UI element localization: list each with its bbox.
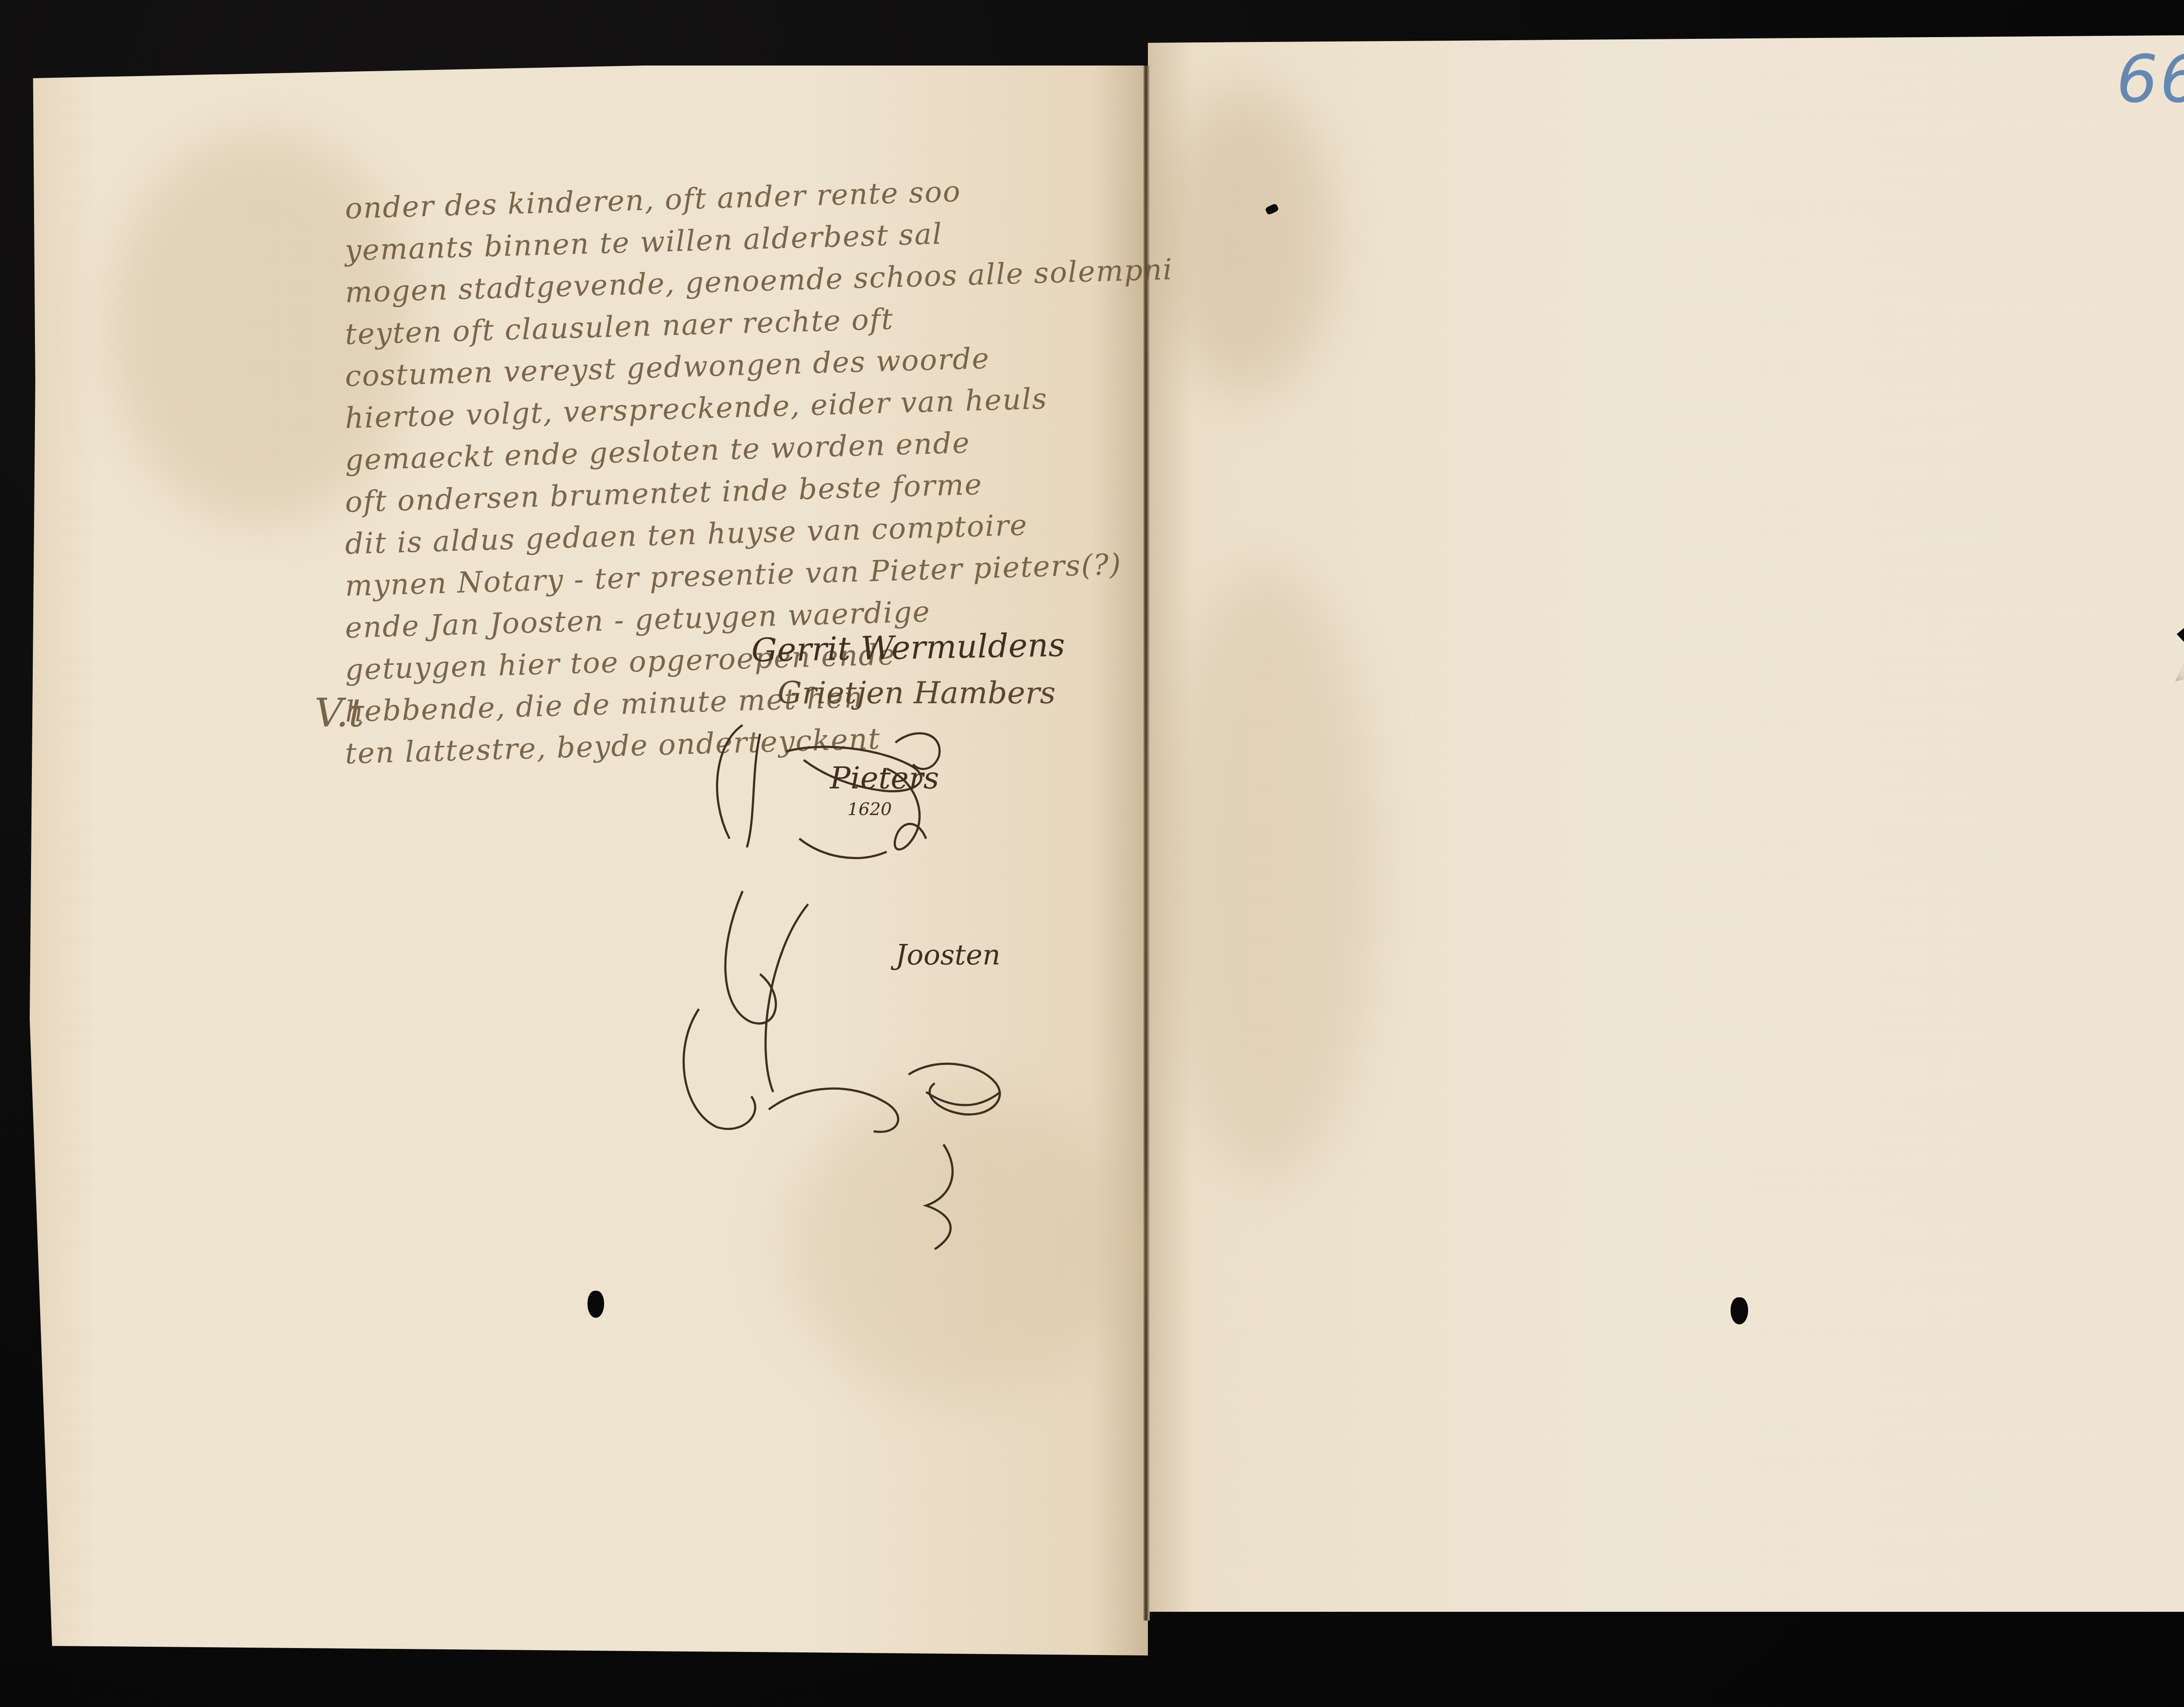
paper-stain (1158, 87, 1332, 393)
wormhole (587, 1291, 604, 1318)
folio-number: 660 (2116, 41, 2184, 117)
paper-stain (1158, 568, 1376, 1179)
signature-gerrit: Gerrit Wermuldens (751, 626, 1065, 670)
book-spine-gutter (1144, 66, 1150, 1621)
signature-grietjen: Grietjen Hambers (778, 675, 1056, 711)
wormhole (1731, 1297, 1748, 1324)
notarial-flourish-upper (690, 708, 996, 882)
margin-note: V.t (314, 690, 364, 736)
notarial-flourish-lower (664, 865, 1057, 1258)
